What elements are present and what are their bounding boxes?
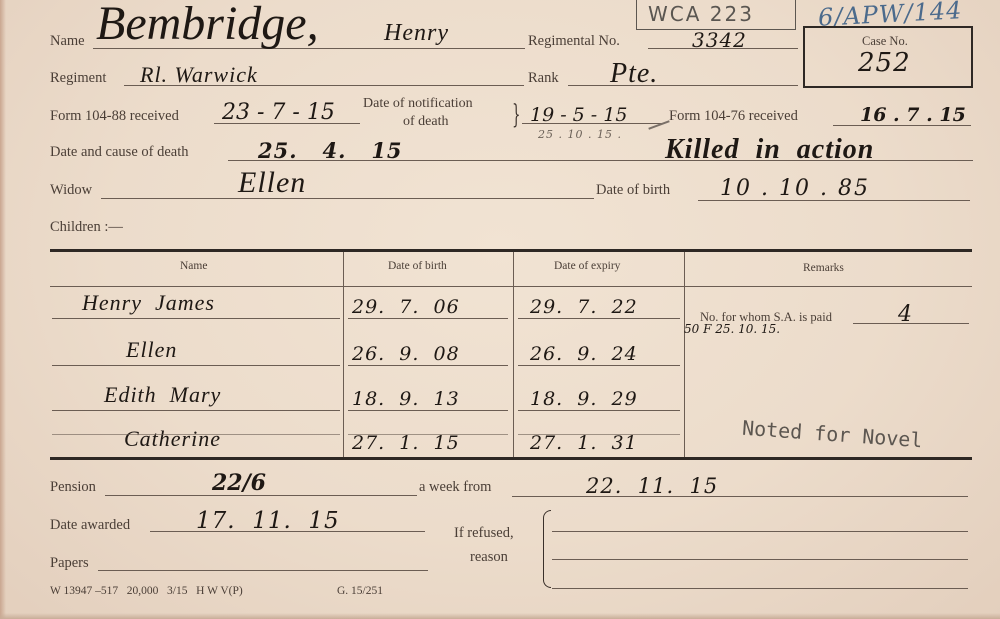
col-header-dob: Date of birth bbox=[388, 260, 447, 272]
child-dob: 27. 1. 15 bbox=[352, 432, 460, 454]
date-awarded-value: 17. 11. 15 bbox=[196, 508, 340, 534]
case-number-value: 252 bbox=[858, 48, 911, 78]
row-divider bbox=[518, 318, 680, 319]
refused-reason-line-2 bbox=[552, 559, 968, 560]
col-header-remarks: Remarks bbox=[803, 262, 844, 274]
name-label: Name bbox=[50, 33, 85, 50]
form-code: G. 15/251 bbox=[337, 585, 383, 597]
notification-label-line1: Date of notification bbox=[363, 96, 473, 112]
refused-reason-line-1 bbox=[552, 531, 968, 532]
row-divider bbox=[518, 410, 680, 411]
form-104-76-value: 16 . 7 . 15 bbox=[860, 104, 966, 126]
regimental-no-label: Regimental No. bbox=[528, 33, 620, 50]
row-divider bbox=[348, 318, 508, 319]
papers-label: Papers bbox=[50, 555, 89, 572]
sa-value: 4 bbox=[898, 302, 913, 327]
notification-value: 19 - 5 - 15 bbox=[530, 104, 627, 126]
col-header-expiry: Date of expiry bbox=[554, 260, 620, 272]
notification-secondary: 25 . 10 . 15 . bbox=[538, 128, 622, 141]
pension-card: WCA 223 6/APW/144 Case No. 252 Name Bemb… bbox=[0, 0, 1000, 619]
row-divider bbox=[348, 365, 508, 366]
print-code: W 13947 –517 20,000 3/15 H W V(P) bbox=[50, 585, 243, 597]
first-name-value: Henry bbox=[384, 20, 449, 47]
widow-label: Widow bbox=[50, 182, 92, 199]
row-divider bbox=[348, 410, 508, 411]
sa-note: 50 F 25. 10. 15. bbox=[684, 322, 780, 336]
form-104-88-label: Form 104-88 received bbox=[50, 108, 179, 125]
row-divider bbox=[52, 410, 340, 411]
child-dob: 29. 7. 06 bbox=[352, 296, 460, 318]
case-number-label: Case No. bbox=[862, 34, 908, 49]
tick-mark bbox=[648, 120, 669, 129]
noted-stamp: Noted for Novel bbox=[741, 416, 923, 453]
row-divider bbox=[518, 365, 680, 366]
col-header-name: Name bbox=[180, 260, 207, 272]
form-104-88-value: 23 - 7 - 15 bbox=[222, 100, 335, 125]
regimental-no-value: 3342 bbox=[692, 28, 747, 52]
rank-label: Rank bbox=[528, 70, 559, 87]
child-expiry: 26. 9. 24 bbox=[530, 343, 638, 365]
child-name: Edith Mary bbox=[104, 382, 221, 408]
week-from-value: 22. 11. 15 bbox=[586, 474, 718, 498]
row-divider bbox=[52, 318, 340, 319]
week-from-label: a week from bbox=[419, 479, 491, 496]
death-date-value: 25. 4. 15 bbox=[258, 138, 403, 163]
pension-label: Pension bbox=[50, 479, 96, 496]
refused-label-line1: If refused, bbox=[454, 525, 514, 542]
death-label: Date and cause of death bbox=[50, 144, 189, 161]
child-dob: 18. 9. 13 bbox=[352, 388, 460, 410]
surname-value: Bembridge, bbox=[96, 0, 319, 51]
widow-value: Ellen bbox=[238, 166, 306, 200]
widow-dob-label: Date of birth bbox=[596, 182, 670, 199]
child-name: Ellen bbox=[126, 337, 177, 363]
child-expiry: 29. 7. 22 bbox=[530, 296, 638, 318]
refused-brace bbox=[543, 510, 551, 588]
form-104-76-label: Form 104-76 received bbox=[669, 108, 798, 125]
notification-label-line2: of death bbox=[403, 114, 448, 130]
refused-label-line2: reason bbox=[470, 549, 508, 566]
children-label: Children :— bbox=[50, 219, 123, 236]
child-expiry: 27. 1. 31 bbox=[530, 432, 638, 454]
refused-reason-line-3 bbox=[552, 588, 968, 589]
row-divider bbox=[52, 365, 340, 366]
death-cause-value: Killed in action bbox=[665, 134, 874, 166]
child-name: Henry James bbox=[82, 290, 215, 316]
date-awarded-label: Date awarded bbox=[50, 517, 130, 534]
wca-ref: WCA 223 bbox=[648, 2, 754, 26]
child-name: Catherine bbox=[124, 426, 221, 452]
rank-value: Pte. bbox=[610, 58, 658, 90]
regiment-label: Regiment bbox=[50, 70, 106, 87]
child-expiry: 18. 9. 29 bbox=[530, 388, 638, 410]
pension-value: 22/6 bbox=[212, 470, 266, 496]
regiment-value: Rl. Warwick bbox=[140, 62, 258, 88]
child-dob: 26. 9. 08 bbox=[352, 343, 460, 365]
widow-dob-value: 10 . 10 . 85 bbox=[720, 176, 870, 201]
